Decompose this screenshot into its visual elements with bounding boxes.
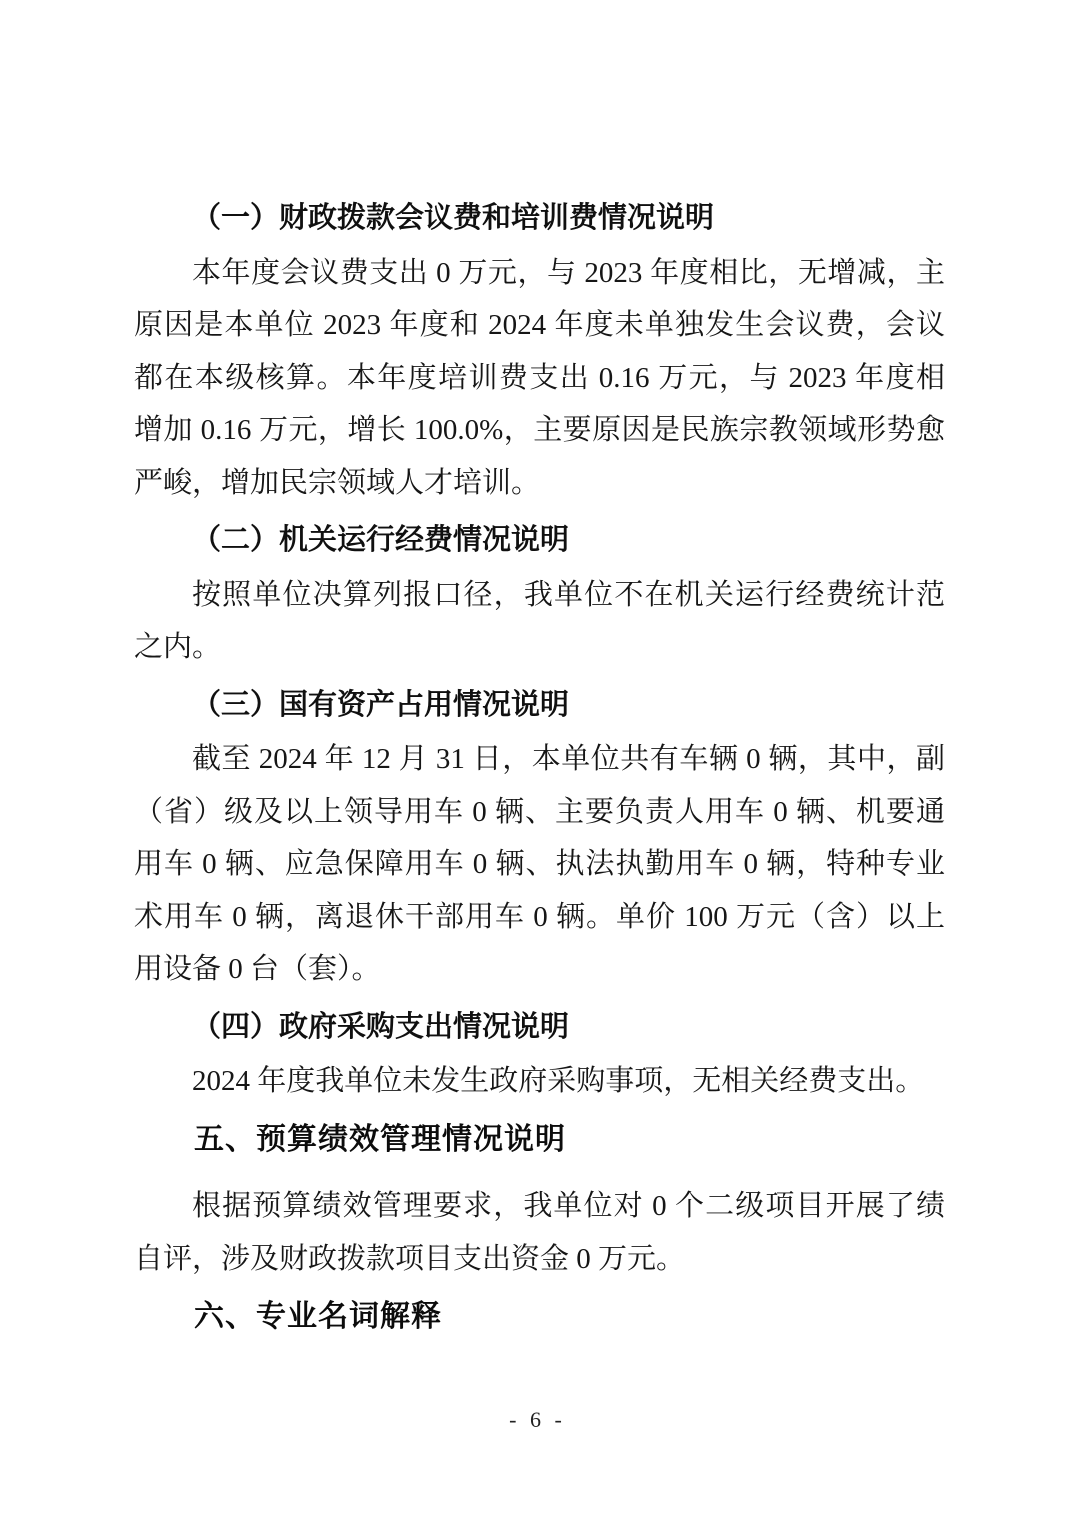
text-line: 之内。 — [134, 621, 945, 674]
text-line: 根据预算绩效管理要求，我单位对 0 个二级项目开展了绩效 — [134, 1180, 945, 1233]
section-heading-state-assets: （三）国有资产占用情况说明 — [134, 679, 945, 732]
text-line: 都在本级核算。本年度培训费支出 0.16 万元，与 2023 年度相比， — [134, 352, 945, 405]
document-page: （一）财政拨款会议费和培训费情况说明 本年度会议费支出 0 万元，与 2023 … — [0, 0, 1075, 1520]
text-line: 原因是本单位 2023 年度和 2024 年度未单独发生会议费，会议费 — [134, 299, 945, 352]
section-heading-operating-expenses: （二）机关运行经费情况说明 — [134, 514, 945, 567]
paragraph-budget-performance: 根据预算绩效管理要求，我单位对 0 个二级项目开展了绩效 自评，涉及财政拨款项目… — [134, 1180, 945, 1285]
text-line: 严峻，增加民宗领域人才培训。 — [134, 457, 945, 510]
paragraph-conference-training-fees: 本年度会议费支出 0 万元，与 2023 年度相比，无增减，主要 原因是本单位 … — [134, 247, 945, 510]
text-line: 按照单位决算列报口径，我单位不在机关运行经费统计范围 — [134, 569, 945, 622]
section-heading-budget-performance: 五、预算绩效管理情况说明 — [134, 1114, 945, 1167]
paragraph-government-procurement: 2024 年度我单位未发生政府采购事项，无相关经费支出。 — [134, 1055, 945, 1108]
document-body: （一）财政拨款会议费和培训费情况说明 本年度会议费支出 0 万元，与 2023 … — [134, 187, 945, 1358]
text-line: 术用车 0 辆，离退休干部用车 0 辆。单价 100 万元（含）以上专 — [134, 891, 945, 944]
text-line: 用设备 0 台（套）。 — [134, 943, 945, 996]
text-line: 增加 0.16 万元，增长 100.0%，主要原因是民族宗教领域形势愈发 — [134, 404, 945, 457]
section-heading-terminology: 六、专业名词解释 — [134, 1291, 945, 1344]
text-line: 本年度会议费支出 0 万元，与 2023 年度相比，无增减，主要 — [134, 247, 945, 300]
text-line: 用车 0 辆、应急保障用车 0 辆、执法执勤用车 0 辆，特种专业技 — [134, 838, 945, 891]
text-line: 截至 2024 年 12 月 31 日，本单位共有车辆 0 辆，其中，副部 — [134, 733, 945, 786]
paragraph-operating-expenses: 按照单位决算列报口径，我单位不在机关运行经费统计范围 之内。 — [134, 569, 945, 674]
text-line: 自评，涉及财政拨款项目支出资金 0 万元。 — [134, 1233, 945, 1286]
page-number: - 6 - — [0, 1398, 1075, 1442]
text-line: （省）级及以上领导用车 0 辆、主要负责人用车 0 辆、机要通信 — [134, 786, 945, 839]
text-line: 2024 年度我单位未发生政府采购事项，无相关经费支出。 — [134, 1055, 945, 1108]
section-heading-government-procurement: （四）政府采购支出情况说明 — [134, 1001, 945, 1054]
section-heading-conference-training-fees: （一）财政拨款会议费和培训费情况说明 — [134, 192, 945, 245]
paragraph-state-assets: 截至 2024 年 12 月 31 日，本单位共有车辆 0 辆，其中，副部 （省… — [134, 733, 945, 996]
